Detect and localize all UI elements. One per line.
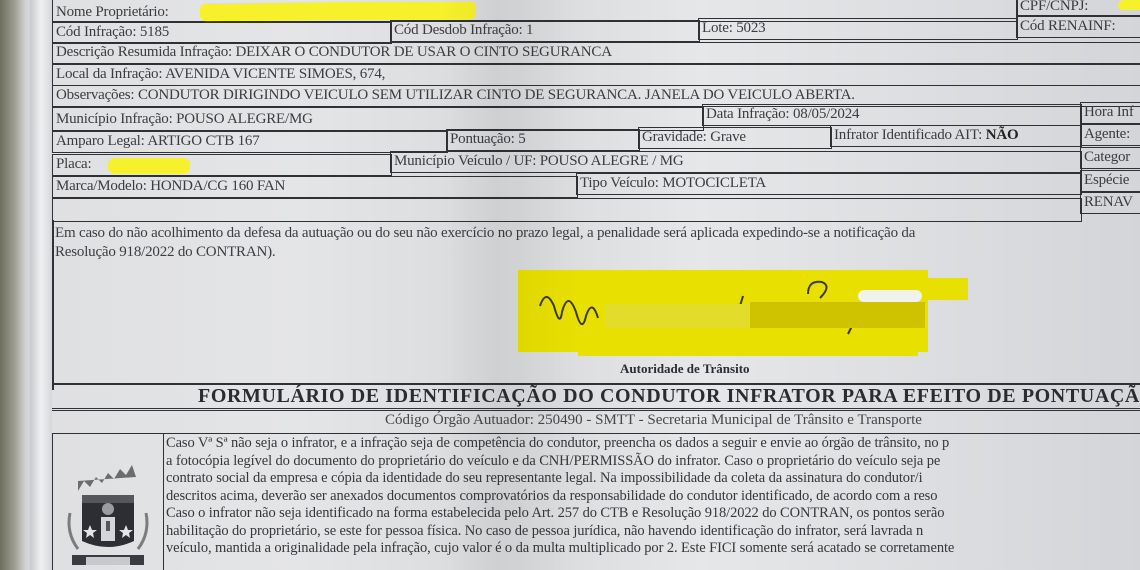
field-amparo-legal: Amparo Legal: ARTIGO CTB 167 (52, 131, 448, 153)
redaction-cpf (1118, 0, 1140, 10)
instructions-text: Caso Vª Sª não seja o infrator, e a infr… (166, 435, 954, 558)
field-agente: Agente: (1080, 124, 1140, 146)
field-marca-modelo: Marca/Modelo: HONDA/CG 160 FAN (52, 176, 578, 198)
instruction-line: a fotocópia legível do documento do prop… (166, 453, 954, 471)
orgao-autuador: Código Órgão Autuador: 250490 - SMTT - S… (385, 412, 922, 429)
instruction-line: veículo, mantida a originalidade pela in… (166, 540, 954, 558)
field-descricao: Descrição Resumida Infração: DEIXAR O CO… (52, 42, 1140, 64)
field-pontuacao: Pontuação: 5 (446, 129, 640, 151)
instruction-line: Caso o infrator não seja identificado na… (166, 505, 954, 523)
municipal-coat-of-arms-icon (52, 433, 164, 570)
field-municipio-infracao: Município Infração: POUSO ALEGRE/MG (52, 107, 704, 131)
field-gravidade: Gravidade: Grave (638, 127, 832, 149)
signature-caption: Autoridade de Trânsito (620, 361, 750, 377)
signature-area (518, 266, 968, 356)
field-data-infracao: Data Infração: 08/05/2024 (702, 104, 1082, 126)
instruction-line: descritos acima, deverão ser anexados do… (166, 488, 954, 506)
field-empty-row (52, 198, 1082, 222)
logo-column (52, 433, 164, 570)
field-local: Local da Infração: AVENIDA VICENTE SIMOE… (52, 64, 1140, 86)
redaction-placa (108, 158, 190, 173)
form-title: FORMULÁRIO DE IDENTIFICAÇÃO DO CONDUTOR … (198, 385, 1140, 408)
field-renavam: RENAV (1080, 192, 1140, 214)
field-lote: Lote: 5023 (698, 18, 1018, 40)
redaction-nome (200, 1, 476, 21)
notice-line-1: Em caso do não acolhimento da defesa da … (55, 225, 915, 242)
instruction-line: contrato social da empresa e cópia da id… (166, 470, 954, 488)
field-cod-desdob: Cód Desdob Infração: 1 (390, 20, 700, 42)
section-border-left (52, 220, 54, 390)
field-cod-renainf: Cód RENAINF: (1016, 16, 1140, 38)
field-especie: Espécie (1080, 170, 1140, 192)
paper-fold (30, 0, 52, 570)
instruction-line: habilitação do proprietário, se este for… (166, 523, 954, 541)
instruction-line: Caso Vª Sª não seja o infrator, e a infr… (166, 435, 954, 453)
field-hora-infracao: Hora Inf (1080, 102, 1140, 124)
notice-line-2: Resolução 918/2022 do CONTRAN). (55, 244, 275, 261)
field-infrator-identificado: Infrator Identificado AIT: NÃO (830, 125, 1082, 147)
field-tipo-veiculo: Tipo Veículo: MOTOCICLETA (576, 173, 1082, 195)
field-placa: Placa: (52, 154, 392, 176)
field-cod-infracao: Cód Infração: 5185 (52, 22, 392, 44)
field-municipio-veiculo: Município Veículo / UF: POUSO ALEGRE / M… (390, 151, 1082, 173)
field-categoria: Categor (1080, 147, 1140, 169)
